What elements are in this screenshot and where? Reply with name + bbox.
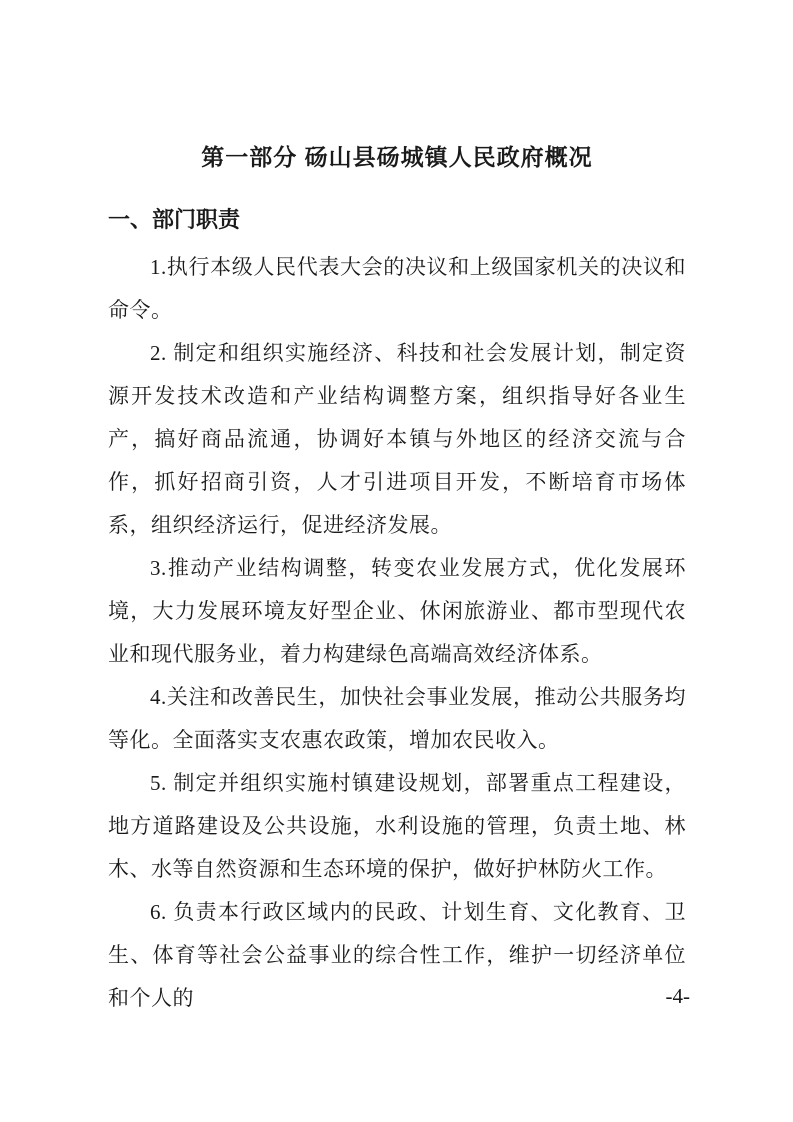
page-number: -4- xyxy=(666,984,691,1009)
duty-paragraph-3: 3.推动产业结构调整，转变农业发展方式，优化发展环境，大力发展环境友好型企业、休… xyxy=(108,547,686,676)
duty-paragraph-6: 6. 负责本行政区域内的民政、计划生育、文化教育、卫生、体育等社会公益事业的综合… xyxy=(108,891,686,1020)
document-title: 第一部分 砀山县砀城镇人民政府概况 xyxy=(108,140,686,174)
duty-paragraph-5: 5. 制定并组织实施村镇建设规划，部署重点工程建设，地方道路建设及公共设施，水利… xyxy=(108,762,686,891)
section-heading-duties: 一、部门职责 xyxy=(108,204,686,236)
duty-paragraph-4: 4.关注和改善民生，加快社会事业发展，推动公共服务均等化。全面落实支农惠农政策，… xyxy=(108,676,686,762)
body-text: 1.执行本级人民代表大会的决议和上级国家机关的决议和命令。 2. 制定和组织实施… xyxy=(108,246,686,1020)
document-content: 第一部分 砀山县砀城镇人民政府概况 一、部门职责 1.执行本级人民代表大会的决议… xyxy=(108,140,686,1020)
document-page: 第一部分 砀山县砀城镇人民政府概况 一、部门职责 1.执行本级人民代表大会的决议… xyxy=(0,0,793,1122)
duty-paragraph-1: 1.执行本级人民代表大会的决议和上级国家机关的决议和命令。 xyxy=(108,246,686,332)
duty-paragraph-2: 2. 制定和组织实施经济、科技和社会发展计划，制定资源开发技术改造和产业结构调整… xyxy=(108,332,686,547)
